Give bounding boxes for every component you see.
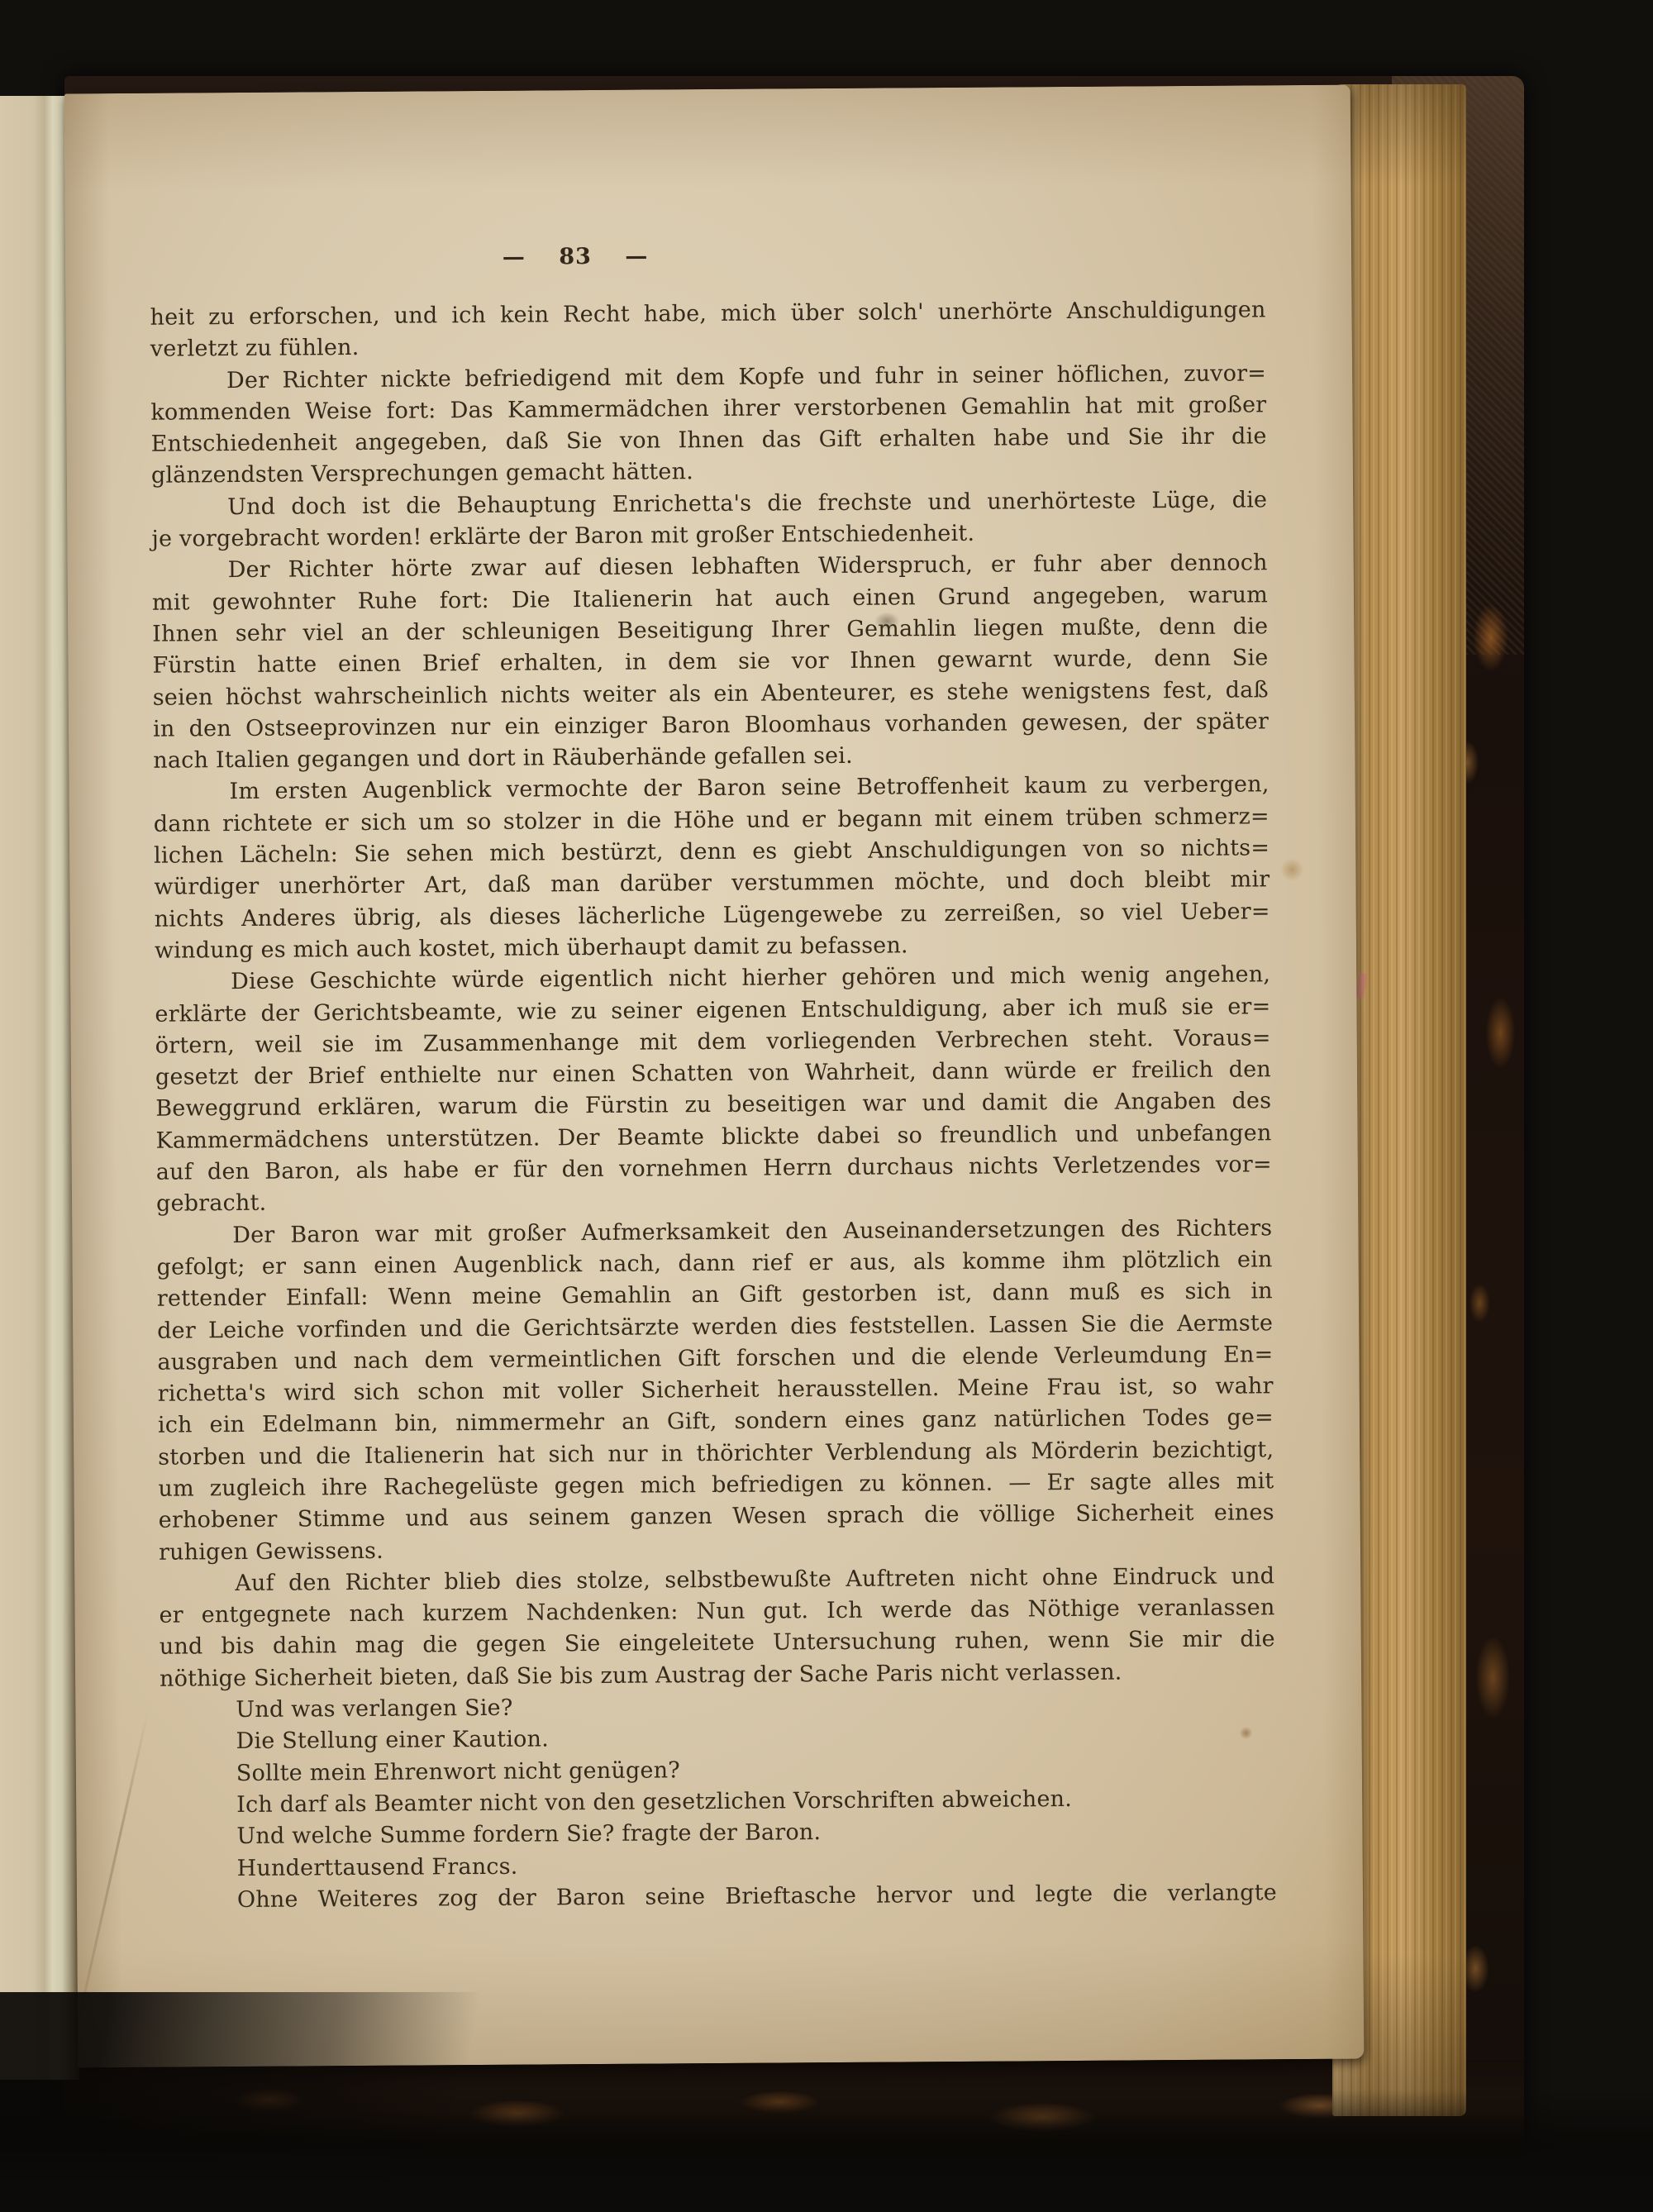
bottom-shadow (0, 2090, 1653, 2212)
page-header: — 83 — (443, 243, 707, 270)
photo-background: { "document": { "page_number": "83", "he… (0, 0, 1653, 2212)
page-text: heit zu erforschen, und ich kein Recht h… (150, 294, 1277, 1917)
foxing-stain (1240, 1726, 1253, 1739)
ink-blot (874, 612, 899, 630)
pink-stain (1355, 972, 1368, 998)
header-dash-left: — (503, 245, 526, 270)
header-dash-right: — (625, 244, 648, 269)
text-line: Ohne Weiteres zog der Baron seine Brieft… (161, 1877, 1277, 1917)
foxing-stain (1280, 858, 1303, 881)
page-number: 83 (559, 244, 592, 269)
book-page: — 83 — heit zu erforschen, und ich kein … (64, 85, 1365, 2068)
